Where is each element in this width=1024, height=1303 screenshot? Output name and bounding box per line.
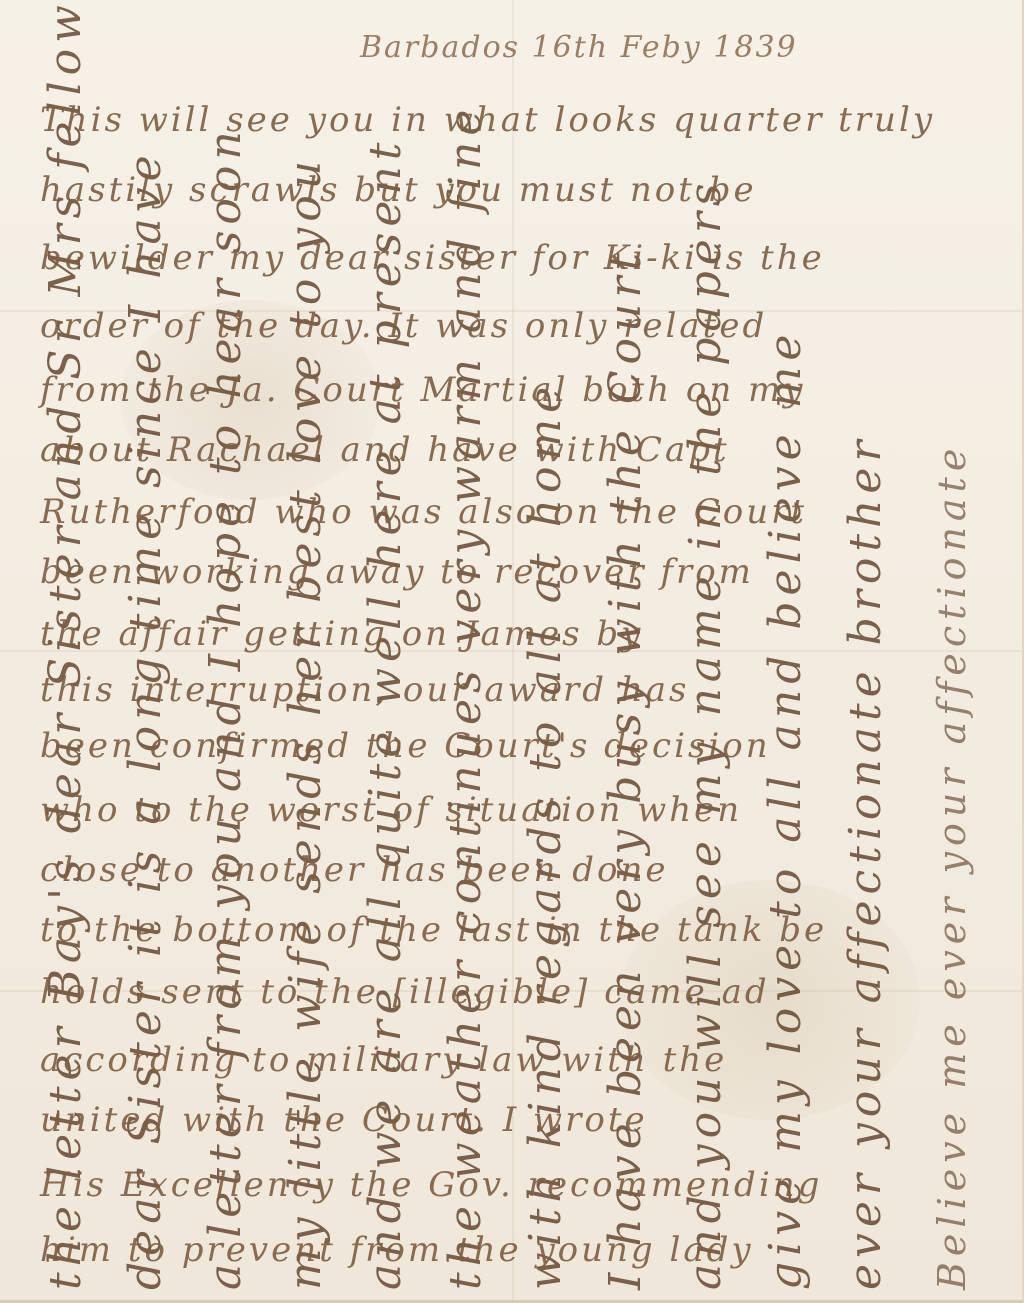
letter-line: about Rachael and have with Capt	[40, 430, 730, 470]
letter-heading-date: Barbados 16th Feby 1839	[360, 30, 798, 65]
letter-line: according to military law with the	[40, 1040, 727, 1080]
letter-line: His Excellency the Gov. recommending	[40, 1165, 822, 1205]
letter-line: order of the day. It was only related	[40, 306, 767, 346]
letter-sheet: the letter Bay's dear Sister and Sr Mrs …	[0, 0, 1024, 1303]
letter-line: holds sent to the [illegible] came ad	[40, 972, 770, 1012]
letter-line: This will see you in what looks quarter …	[40, 100, 935, 140]
letter-line: close to another has been done	[40, 850, 668, 890]
letter-line: him to prevent from the young lady	[40, 1230, 754, 1270]
letter-line: hastily scrawls but you must not be	[40, 170, 757, 210]
letter-line: to the bottom of the last in the tank be	[40, 910, 827, 950]
letter-line: who to the worst of situation when	[40, 790, 742, 830]
letter-line: from the Ja. Court Martial both on my	[40, 370, 806, 410]
margin-note-right: Believe me ever your affectionate	[930, 443, 974, 1290]
cross-column: give my love to all and believe me	[760, 329, 811, 1290]
letter-line: this interruption, our award has	[40, 670, 689, 710]
letter-line: Rutherford who was also on the Court	[40, 492, 807, 532]
cross-column: ever your affectionate brother	[840, 435, 891, 1290]
letter-line: united with the Court. I wrote	[40, 1100, 648, 1140]
letter-line: the affair getting on James by	[40, 614, 643, 654]
letter-line: been working away to recover from	[40, 552, 754, 592]
letter-line: been confirmed the Court's decision	[40, 726, 771, 766]
letter-line: bewilder my dear sister for Ki-ki is the	[40, 238, 825, 278]
